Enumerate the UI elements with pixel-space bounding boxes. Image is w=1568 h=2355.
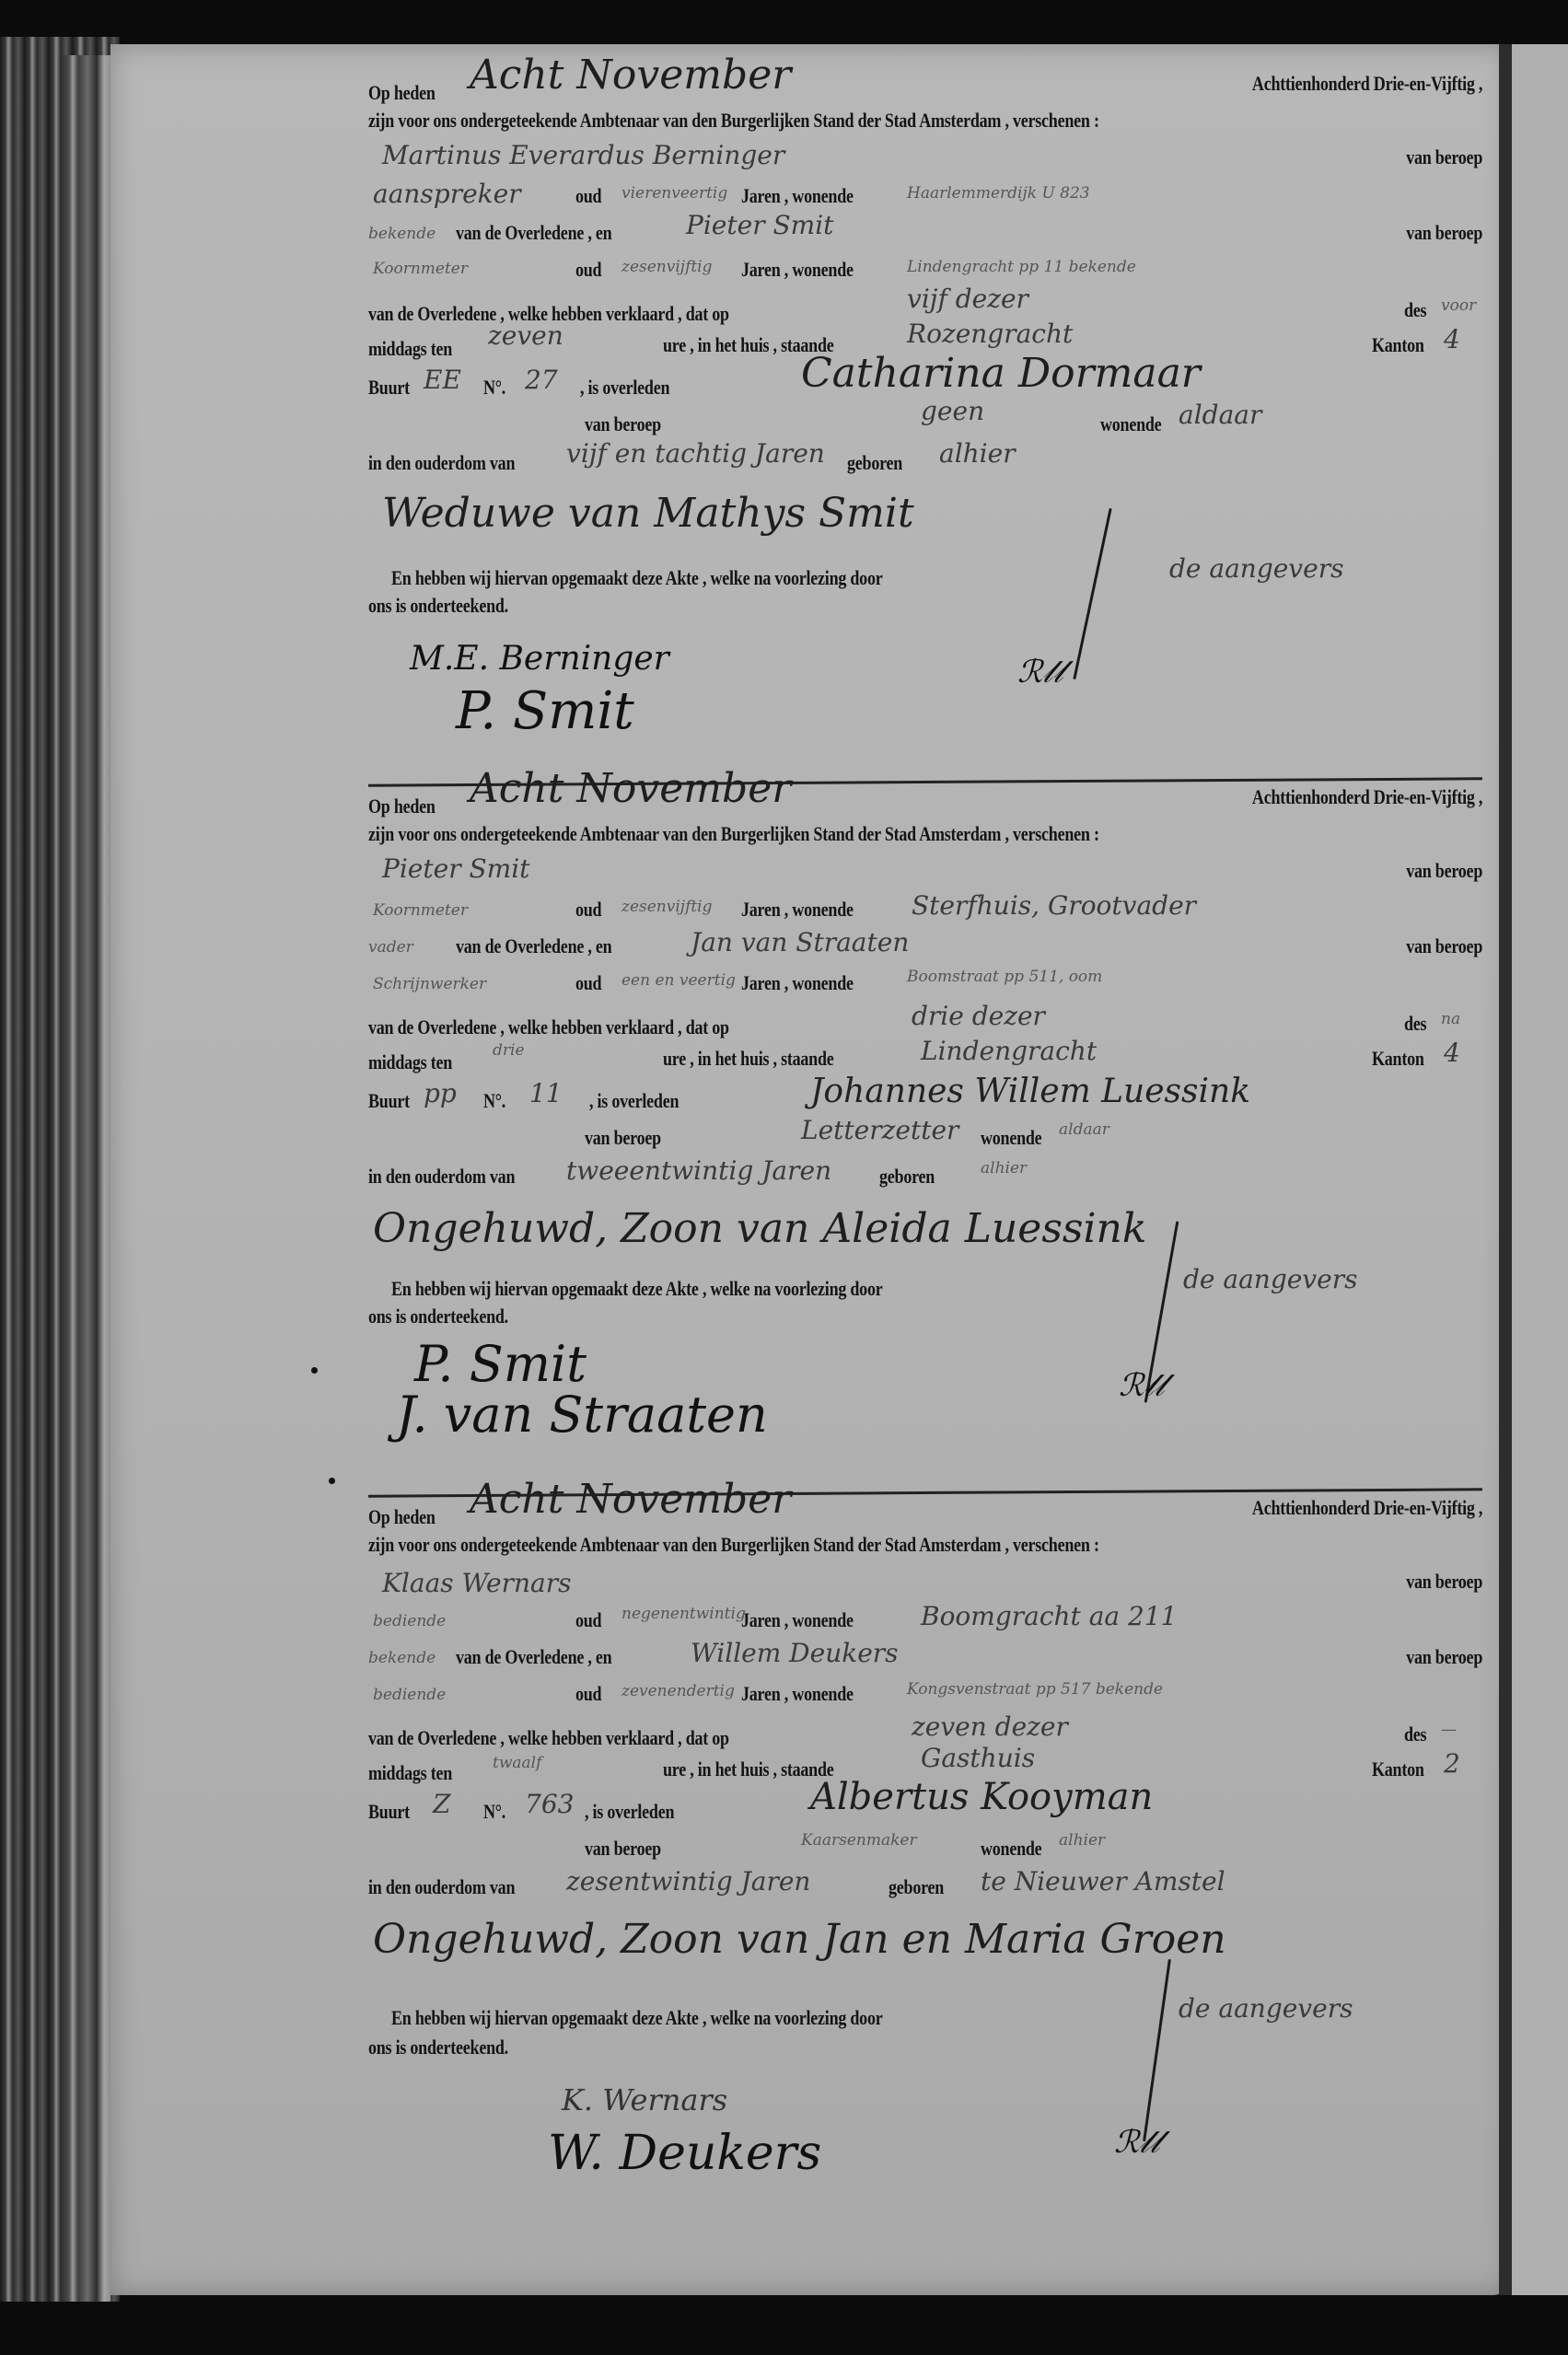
declarant-2-residence: Kongsvenstraat pp 517 bekende [907,1680,1163,1699]
label-van-beroep: van beroep [1406,145,1482,169]
record-date: Acht November [470,52,791,99]
label-intro: zijn voor ons ondergeteekende Ambtenaar … [368,109,1099,133]
kanton-number: 4 [1444,1038,1460,1068]
declarant-1-profession: bediende [373,1612,446,1630]
label-des: des [1404,1723,1426,1746]
label-closing: En hebben wij hiervan opgemaakt deze Akt… [391,566,882,590]
deceased-name: Albertus Kooyman [810,1776,1153,1818]
label-des: des [1404,1012,1426,1036]
declarant-1-age: vierenveertig [621,184,727,203]
house-number: 11 [529,1078,563,1108]
label-van-beroep: van beroep [585,412,661,436]
label-geboren: geboren [847,451,902,475]
label-buurt: Buurt [368,1800,410,1824]
label-year: Achttienhonderd Drie-en-Vijftig , [1252,72,1482,96]
birthplace: alhier [939,438,1016,469]
deceased-age: vijf en tachtig Jaren [566,438,825,469]
house-street: Lindengracht [921,1036,1097,1066]
label-van-beroep: van beroep [1406,934,1482,958]
deceased-age: zesentwintig Jaren [566,1866,810,1897]
label-verklaard: van de Overledene , welke hebben verklaa… [368,1726,729,1750]
label-is-overleden: , is overleden [580,376,669,400]
signature-declarant-1: P. Smit [414,1335,587,1393]
signature-declarant-1: M.E. Berninger [410,640,669,678]
label-jaren-wonende: Jaren , wonende [741,258,854,282]
deceased-age: tweeentwintig Jaren [566,1155,831,1186]
label-oud: oud [575,184,601,208]
deceased-residence: aldaar [1059,1120,1109,1139]
label-oud: oud [575,1608,601,1632]
declarant-2-profession: bediende [373,1686,446,1704]
label-intro: zijn voor ons ondergeteekende Ambtenaar … [368,1533,1099,1557]
label-op-heden: Op heden [368,1505,436,1529]
declarant-2-name: Jan van Straaten [691,927,909,957]
death-record-1: Op heden Acht November Achttienhonderd D… [368,46,1482,755]
label-closing: En hebben wij hiervan opgemaakt deze Akt… [391,1277,882,1301]
declarant-2-relation: vader [368,938,413,957]
deceased-residence: aldaar [1179,400,1261,430]
signature-declarant-1: K. Wernars [562,2082,727,2117]
label-op-heden: Op heden [368,795,436,818]
remark: Ongehuwd, Zoon van Jan en Maria Groen [373,1916,1226,1963]
label-overledene-en: van de Overledene , en [456,934,611,958]
declarant-1-profession: Koornmeter [373,901,468,920]
declarant-1-residence: Haarlemmerdijk U 823 [907,184,1090,203]
deceased-profession: Letterzetter [801,1115,958,1145]
house-street: Rozengracht [907,319,1073,349]
label-year: Achttienhonderd Drie-en-Vijftig , [1252,785,1482,809]
label-van-beroep: van beroep [1406,1645,1482,1669]
signature-declarant-2: J. van Straaten [396,1386,768,1444]
label-jaren-wonende: Jaren , wonende [741,184,854,208]
label-van-beroep: van beroep [1406,1570,1482,1594]
remark: Weduwe van Mathys Smit [382,490,914,537]
kanton-number: 2 [1444,1748,1460,1779]
declarant-2-profession: Koornmeter [373,260,468,278]
label-kanton: Kanton [1372,333,1424,357]
declarant-1-profession: aanspreker [373,179,521,209]
read-by: de aangevers [1169,553,1343,584]
label-jaren-wonende: Jaren , wonende [741,898,854,922]
label-op-heden: Op heden [368,81,436,105]
birthplace: te Nieuwer Amstel [981,1866,1225,1897]
label-buurt: Buurt [368,376,410,400]
label-geboren: geboren [879,1165,935,1189]
label-van-beroep: van beroep [585,1837,661,1861]
label-van-beroep: van beroep [585,1126,661,1150]
death-record-2: Op heden Acht November Achttienhonderd D… [368,760,1482,1459]
label-closing: En hebben wij hiervan opgemaakt deze Akt… [391,2006,882,2030]
death-record-3: Op heden Acht November Achttienhonderd D… [368,1470,1482,2207]
label-wonende: wonende [1100,412,1161,436]
birthplace: alhier [981,1159,1027,1177]
book-gutter [1499,44,1512,2295]
record-date: Acht November [470,765,791,812]
label-ure-huis: ure , in het huis , staande [663,1047,833,1071]
label-is-overleden: , is overleden [589,1089,679,1113]
buurt-letter: EE [424,365,461,395]
label-year: Achttienhonderd Drie-en-Vijftig , [1252,1496,1482,1520]
label-middags-ten: middags ten [368,1761,452,1785]
declarant-1-age: negenentwintig [621,1605,746,1623]
declarant-2-residence: Lindengracht pp 11 bekende [907,258,1136,276]
label-overledene-en: van de Overledene , en [456,1645,611,1669]
declarant-2-age: zevenendertig [621,1682,735,1700]
deceased-profession: geen [921,396,984,426]
declarant-1-residence: Boomgracht aa 211 [921,1601,1177,1631]
death-hour: drie [493,1041,525,1060]
label-middags-ten: middags ten [368,1050,452,1074]
registrar-paraph: ℛ𝓁𝓁 [1119,1367,1165,1404]
declarant-1-name: Pieter Smit [382,853,529,884]
label-ouderdom: in den ouderdom van [368,1875,515,1899]
record-date: Acht November [470,1476,791,1523]
label-van-beroep: van beroep [1406,221,1482,245]
label-intro: zijn voor ons ondergeteekende Ambtenaar … [368,822,1099,846]
label-ouderdom: in den ouderdom van [368,1165,515,1189]
read-by: de aangevers [1179,1993,1353,2024]
declarant-1-age: zesenvijftig [621,898,713,916]
remark: Ongehuwd, Zoon van Aleida Luessink [373,1205,1147,1252]
label-no: N°. [483,376,505,400]
label-oud: oud [575,258,601,282]
declarant-1-name: Martinus Everardus Berninger [382,140,784,170]
label-signed: ons is onderteekend. [368,594,508,618]
time-of-day: voor [1441,296,1476,315]
declarant-2-profession: Schrijnwerker [373,975,486,993]
deceased-name: Catharina Dormaar [801,350,1201,397]
buurt-letter: Z [433,1789,450,1819]
label-wonende: wonende [981,1837,1041,1861]
label-des: des [1404,298,1426,322]
label-jaren-wonende: Jaren , wonende [741,1682,854,1706]
label-van-beroep: van beroep [1406,859,1482,883]
buurt-letter: pp [424,1078,457,1108]
registrar-paraph: ℛ𝓁𝓁 [1017,654,1063,690]
death-hour: twaalf [493,1754,541,1772]
label-buurt: Buurt [368,1089,410,1113]
label-no: N°. [483,1800,505,1824]
label-no: N°. [483,1089,505,1113]
declarant-1-relation: bekende [368,1649,436,1667]
house-number: 763 [525,1789,574,1819]
label-ouderdom: in den ouderdom van [368,451,515,475]
facing-page-edge [1512,44,1568,2295]
house-number: 27 [525,365,558,395]
death-day: drie dezer [912,1001,1045,1031]
ink-spot [311,1367,318,1374]
kanton-number: 4 [1444,324,1460,354]
declarant-2-name: Willem Deukers [691,1638,899,1668]
death-day: vijf dezer [907,284,1028,314]
declarant-1-residence: Sterfhuis, Grootvader [912,890,1196,921]
label-kanton: Kanton [1372,1758,1424,1781]
deceased-name: Johannes Willem Luessink [810,1073,1250,1110]
declarant-2-age: zesenvijftig [621,258,713,276]
label-wonende: wonende [981,1126,1041,1150]
label-signed: ons is onderteekend. [368,1305,508,1328]
label-is-overleden: , is overleden [585,1800,674,1824]
signature-declarant-2: W. Deukers [548,2126,821,2181]
signature-declarant-2: P. Smit [456,681,634,741]
declarant-2-age: een en veertig [621,971,736,990]
page-stack-edge [60,55,110,2302]
label-oud: oud [575,971,601,995]
time-of-day: na [1441,1010,1460,1028]
deceased-profession: Kaarsenmaker [801,1831,917,1850]
declarant-2-name: Pieter Smit [686,210,833,240]
house-street: Gasthuis [921,1743,1035,1773]
label-oud: oud [575,898,601,922]
read-by: de aangevers [1183,1264,1357,1294]
ink-spot [329,1478,335,1484]
label-jaren-wonende: Jaren , wonende [741,971,854,995]
label-overledene-en: van de Overledene , en [456,221,611,245]
label-ure-huis: ure , in het huis , staande [663,1758,833,1781]
death-hour: zeven [488,320,563,351]
registrar-paraph: ℛ𝓁𝓁 [1114,2124,1160,2161]
label-geboren: geboren [889,1875,944,1899]
label-middags-ten: middags ten [368,337,452,361]
label-jaren-wonende: Jaren , wonende [741,1608,854,1632]
death-day: zeven dezer [912,1711,1068,1742]
label-kanton: Kanton [1372,1047,1424,1071]
declarant-1-relation: bekende [368,225,436,243]
label-oud: oud [575,1682,601,1706]
deceased-residence: alhier [1059,1831,1105,1850]
declarant-2-residence: Boomstraat pp 511, oom [907,968,1102,986]
label-signed: ons is onderteekend. [368,2036,508,2059]
time-of-day: — [1441,1721,1457,1739]
label-verklaard: van de Overledene , welke hebben verklaa… [368,1015,729,1039]
declarant-1-name: Klaas Wernars [382,1568,571,1598]
